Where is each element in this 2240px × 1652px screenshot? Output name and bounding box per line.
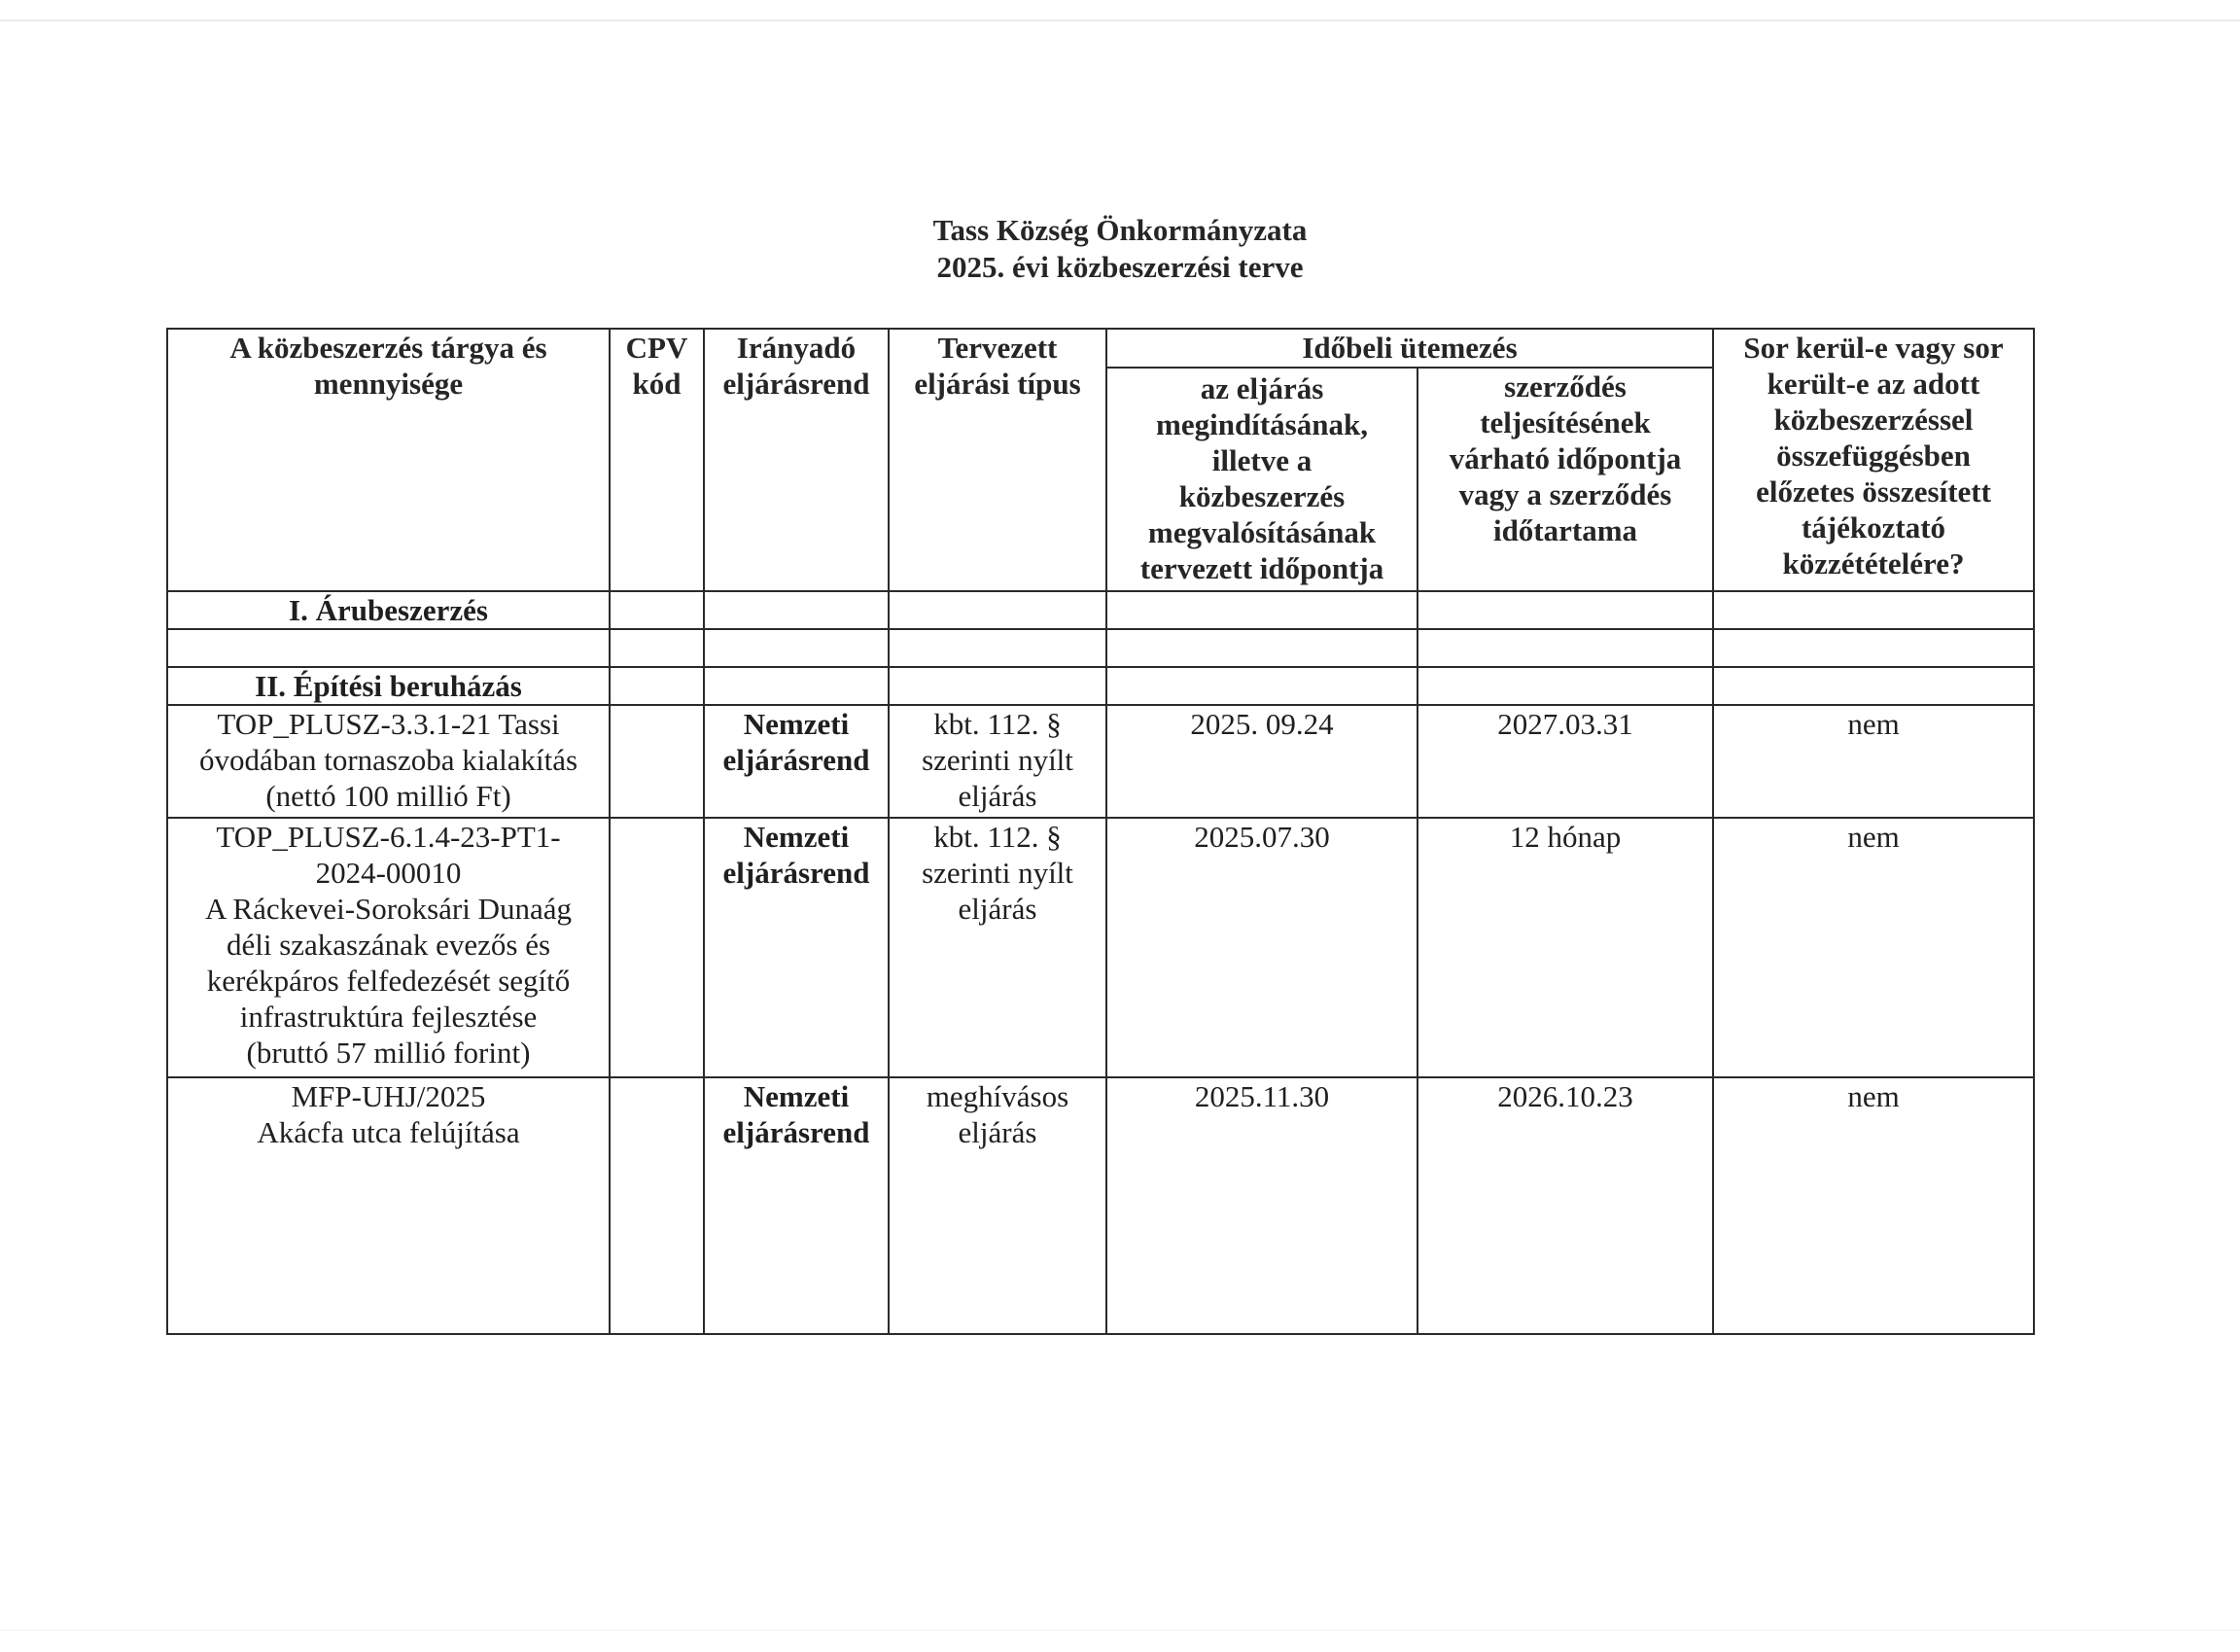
cell-text: szerinti nyílt [893,855,1102,891]
empty-cell [610,667,704,705]
header-text: közzétételére? [1718,545,2029,581]
header-text: az eljárás [1111,370,1413,406]
cell-prior-notice: nem [1713,705,2034,818]
section-title-goods: I. Árubeszerzés [167,591,610,629]
cell-end-date: 2027.03.31 [1417,705,1713,818]
title-line-2: 2025. évi közbeszerzési terve [0,249,2240,286]
cell-text: Nemzeti [709,1078,884,1114]
header-text: Tervezett [893,330,1102,366]
cell-text: déli szakaszának evezős és [172,927,605,963]
cell-cpv [610,705,704,818]
header-text: megvalósításának [1111,514,1413,550]
cell-text: infrastruktúra fejlesztése [172,999,605,1035]
header-procedure-type: Tervezett eljárási típus [889,329,1106,591]
header-text: Irányadó [709,330,884,366]
header-text: eljárási típus [893,366,1102,402]
cell-prior-notice: nem [1713,818,2034,1077]
empty-cell [704,667,889,705]
header-text: eljárásrend [709,366,884,402]
empty-cell [1417,591,1713,629]
cell-text: kerékpáros felfedezését segítő [172,963,605,999]
header-text: Sor kerül-e vagy sor [1718,330,2029,366]
empty-cell [1106,667,1417,705]
header-cpv: CPV kód [610,329,704,591]
table-row: TOP_PLUSZ-3.3.1-21 Tassi óvodában tornas… [167,705,2034,818]
empty-cell [1106,591,1417,629]
empty-cell [1417,629,1713,667]
cell-text: (nettó 100 millió Ft) [172,778,605,814]
header-text: teljesítésének [1422,404,1708,440]
cell-text: 2024-00010 [172,855,605,891]
cell-subject: MFP-UHJ/2025 Akácfa utca felújítása [167,1077,610,1334]
document-title: Tass Község Önkormányzata 2025. évi közb… [0,212,2240,286]
scan-artifact-top [0,19,2240,21]
header-text: várható időpontja [1422,440,1708,476]
header-text: megindításának, [1111,406,1413,442]
cell-end-date: 12 hónap [1417,818,1713,1077]
header-text: vagy a szerződés [1422,476,1708,512]
header-text: előzetes összesített [1718,474,2029,510]
cell-subject: TOP_PLUSZ-3.3.1-21 Tassi óvodában tornas… [167,705,610,818]
cell-text: kbt. 112. § [893,706,1102,742]
cell-text: óvodában tornaszoba kialakítás [172,742,605,778]
section-row-construction: II. Építési beruházás [167,667,2034,705]
header-schedule-group: Időbeli ütemezés [1106,329,1713,368]
cell-text: Nemzeti [709,706,884,742]
empty-cell [1713,629,2034,667]
cell-prior-notice: nem [1713,1077,2034,1334]
cell-text: kbt. 112. § [893,819,1102,855]
cell-start-date: 2025. 09.24 [1106,705,1417,818]
table-row: TOP_PLUSZ-6.1.4-23-PT1- 2024-00010 A Rác… [167,818,2034,1077]
empty-cell [889,591,1106,629]
header-text: illetve a [1111,442,1413,478]
header-text: CPV [614,330,699,366]
empty-cell [610,591,704,629]
header-text: közbeszerzéssel [1718,402,2029,438]
empty-cell [704,591,889,629]
empty-cell [167,629,610,667]
cell-text: eljárásrend [709,1114,884,1150]
cell-text: szerinti nyílt [893,742,1102,778]
header-text: közbeszerzés [1111,478,1413,514]
cell-text: TOP_PLUSZ-6.1.4-23-PT1- [172,819,605,855]
cell-end-date: 2026.10.23 [1417,1077,1713,1334]
empty-cell [1713,591,2034,629]
cell-start-date: 2025.11.30 [1106,1077,1417,1334]
header-text: A közbeszerzés tárgya és [172,330,605,366]
cell-text: (bruttó 57 millió forint) [172,1035,605,1071]
header-schedule-end: szerződés teljesítésének várható időpont… [1417,368,1713,591]
empty-cell [889,667,1106,705]
cell-procedure-regime: Nemzeti eljárásrend [704,818,889,1077]
scan-artifact-bottom [0,1630,2240,1631]
cell-procedure-type: meghívásos eljárás [889,1077,1106,1334]
empty-row [167,629,2034,667]
cell-text: eljárás [893,1114,1102,1150]
header-subject: A közbeszerzés tárgya és mennyisége [167,329,610,591]
cell-text: eljárásrend [709,742,884,778]
cell-cpv [610,1077,704,1334]
title-line-1: Tass Község Önkormányzata [0,212,2240,249]
header-text: tervezett időpontja [1111,550,1413,586]
table-row: MFP-UHJ/2025 Akácfa utca felújítása Nemz… [167,1077,2034,1334]
header-text: kód [614,366,699,402]
header-prior-notice: Sor kerül-e vagy sor került-e az adott k… [1713,329,2034,591]
cell-procedure-regime: Nemzeti eljárásrend [704,705,889,818]
cell-text: A Ráckevei-Soroksári Dunaág [172,891,605,927]
cell-text: Akácfa utca felújítása [172,1114,605,1150]
cell-subject: TOP_PLUSZ-6.1.4-23-PT1- 2024-00010 A Rác… [167,818,610,1077]
empty-cell [1106,629,1417,667]
cell-text: TOP_PLUSZ-3.3.1-21 Tassi [172,706,605,742]
cell-procedure-type: kbt. 112. § szerinti nyílt eljárás [889,818,1106,1077]
empty-cell [889,629,1106,667]
procurement-plan-table: A közbeszerzés tárgya és mennyisége CPV … [166,328,2035,1335]
cell-start-date: 2025.07.30 [1106,818,1417,1077]
cell-text: eljárásrend [709,855,884,891]
cell-text: MFP-UHJ/2025 [172,1078,605,1114]
cell-text: Nemzeti [709,819,884,855]
section-title-construction: II. Építési beruházás [167,667,610,705]
header-text: időtartama [1422,512,1708,548]
empty-cell [1713,667,2034,705]
cell-procedure-type: kbt. 112. § szerinti nyílt eljárás [889,705,1106,818]
cell-text: eljárás [893,891,1102,927]
header-procedure-regime: Irányadó eljárásrend [704,329,889,591]
header-text: szerződés [1422,369,1708,404]
header-text: összefüggésben [1718,438,2029,474]
cell-cpv [610,818,704,1077]
empty-cell [1417,667,1713,705]
cell-text: eljárás [893,778,1102,814]
header-text: mennyisége [172,366,605,402]
cell-text: meghívásos [893,1078,1102,1114]
cell-procedure-regime: Nemzeti eljárásrend [704,1077,889,1334]
empty-cell [610,629,704,667]
empty-cell [704,629,889,667]
section-row-goods: I. Árubeszerzés [167,591,2034,629]
header-text: tájékoztató [1718,510,2029,545]
header-schedule-start: az eljárás megindításának, illetve a köz… [1106,368,1417,591]
header-text: került-e az adott [1718,366,2029,402]
